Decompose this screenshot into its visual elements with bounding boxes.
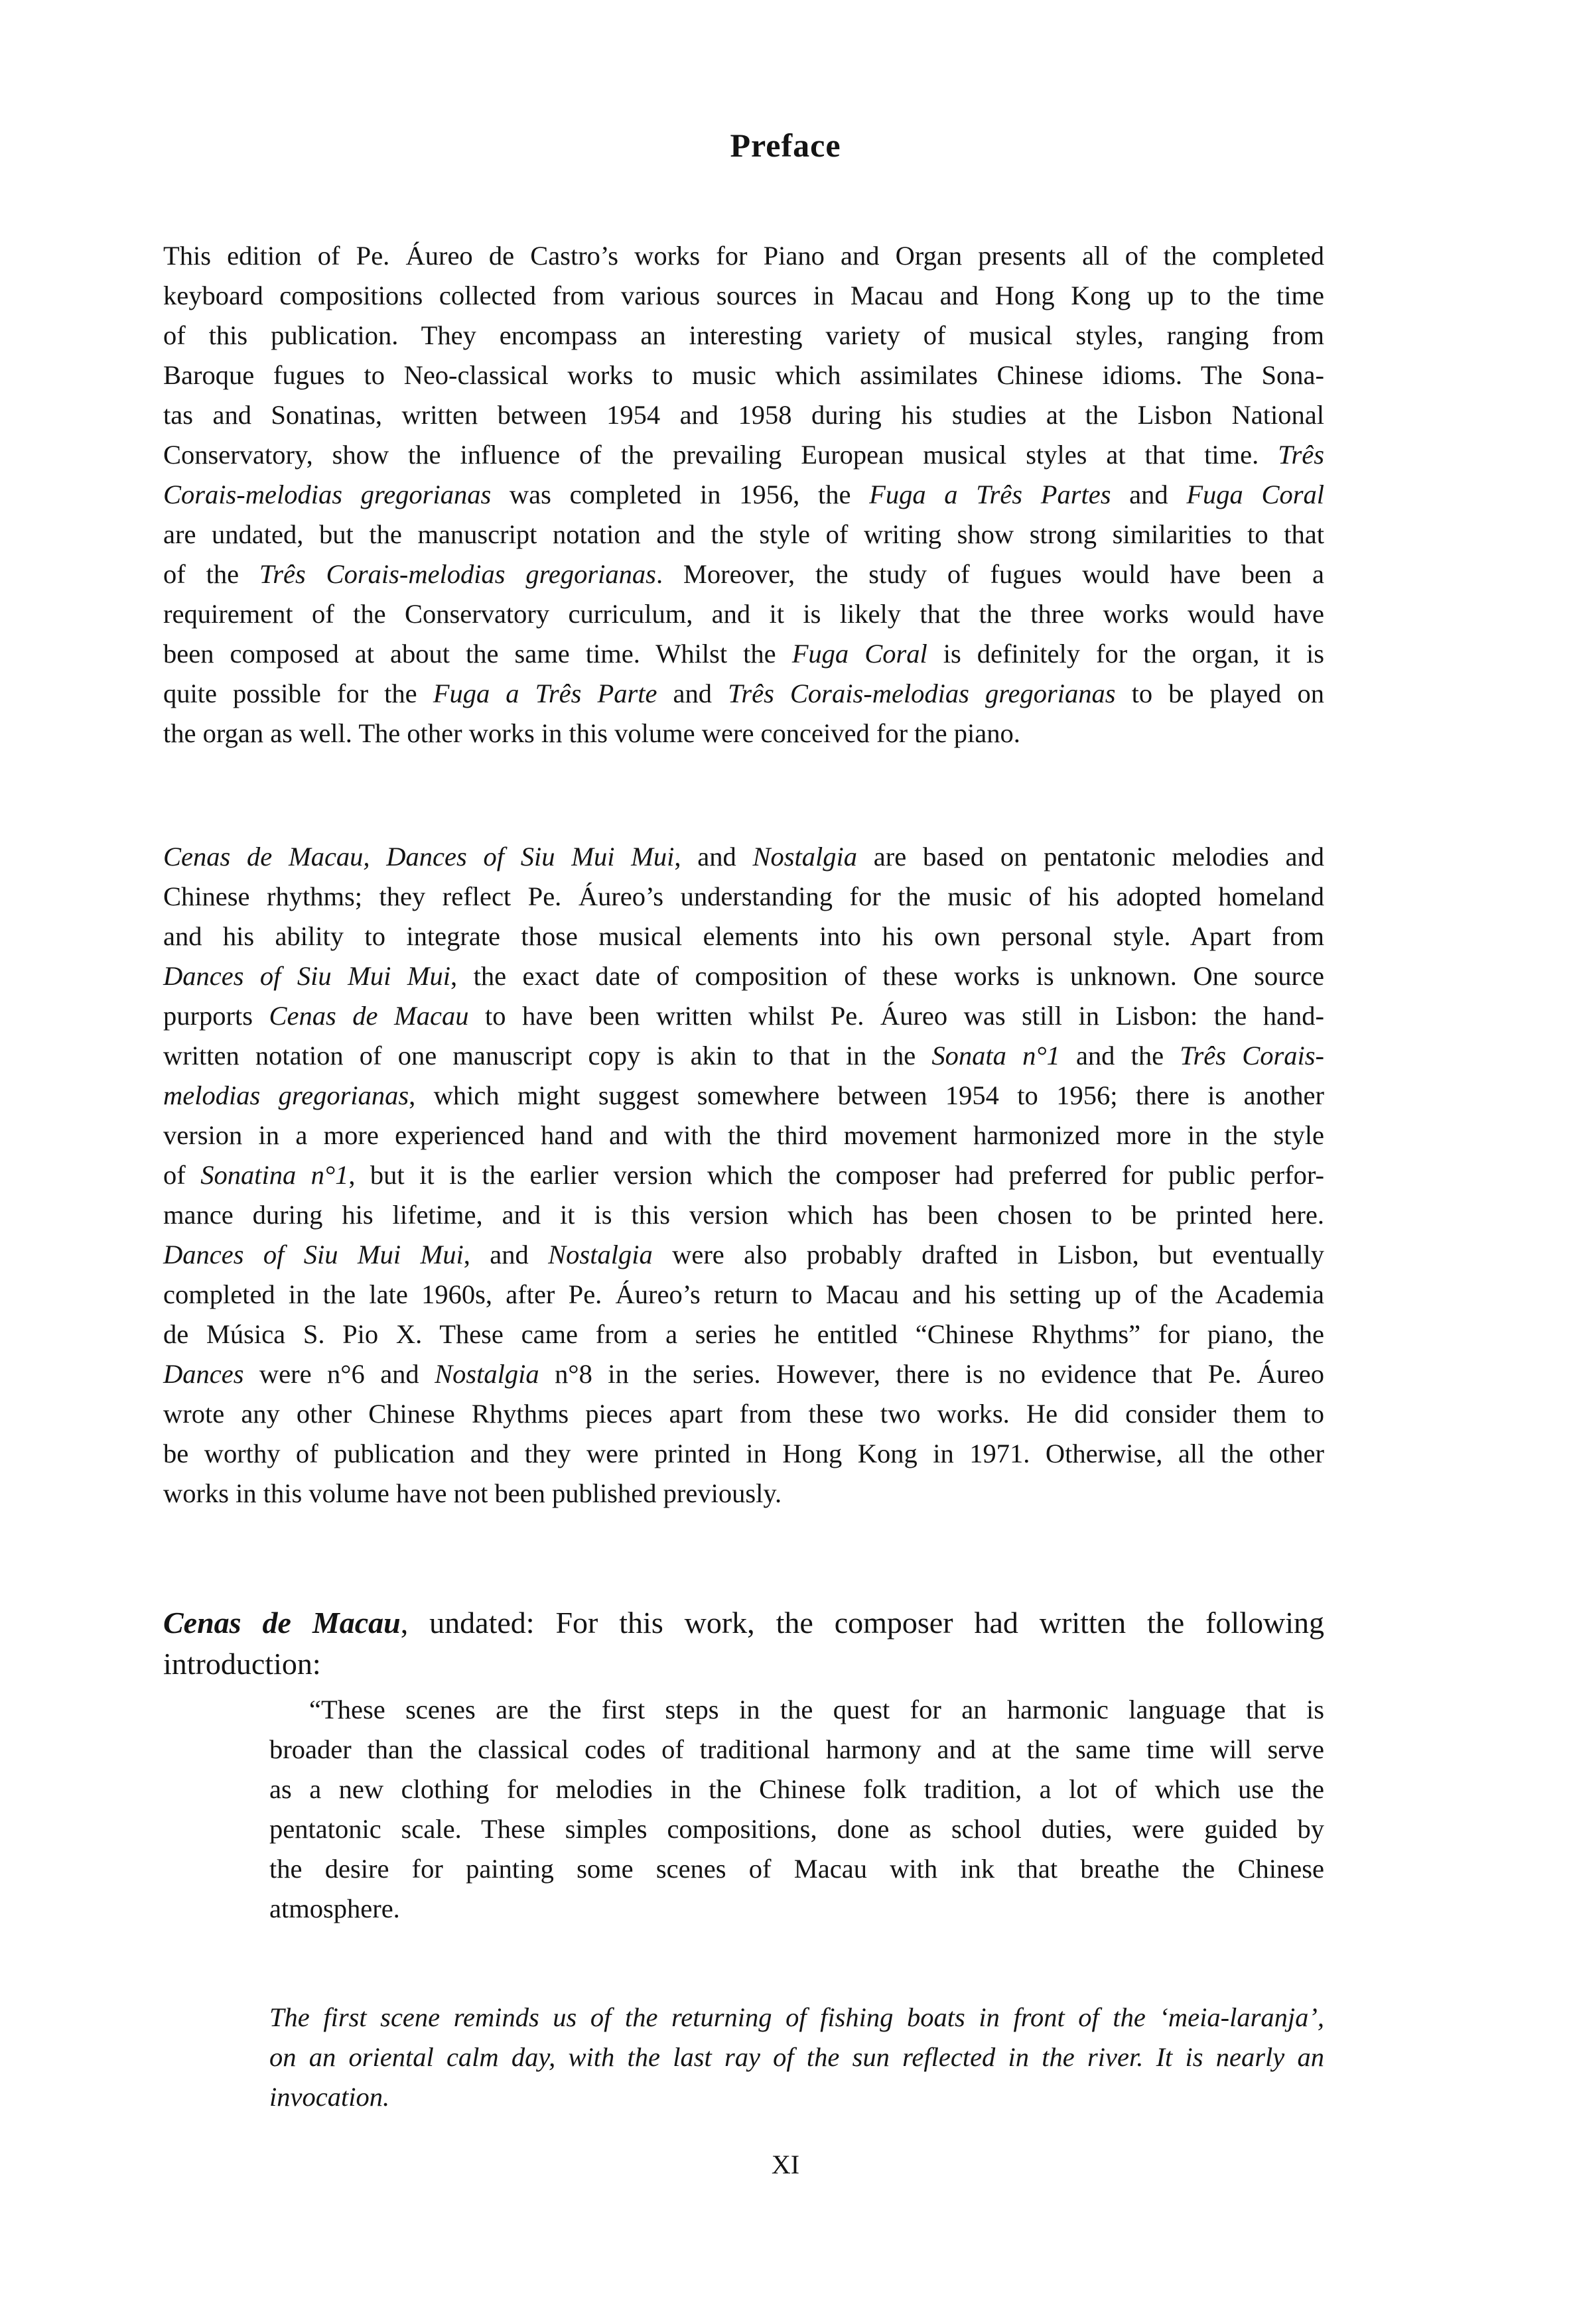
quote-line: as a new clothing for melodies in the Ch…: [269, 1770, 1324, 1809]
page-number: XI: [0, 2149, 1571, 2180]
text-line: wrote any other Chinese Rhythms pieces a…: [163, 1394, 1324, 1434]
text-segment: , and: [464, 1240, 548, 1269]
text-line: Dances were n°6 and Nostalgia n°8 in the…: [163, 1354, 1324, 1394]
text-segment: mance during his lifetime, and it is thi…: [163, 1200, 1324, 1230]
work-title: Nostalgia: [548, 1240, 653, 1269]
text-segment: , but it is the earlier version which th…: [348, 1160, 1324, 1190]
text-line: of the Três Corais-melodias gregorianas.…: [163, 554, 1324, 594]
quote-line: “These scenes are the first steps in the…: [269, 1690, 1324, 1730]
text-segment: to have been written whilst Pe. Áureo wa…: [469, 1001, 1324, 1031]
work-title: Nostalgia: [435, 1359, 539, 1389]
text-line: written notation of one manuscript copy …: [163, 1036, 1324, 1076]
text-line: Corais-melodias gregorianas was complete…: [163, 475, 1324, 515]
quote-line: on an oriental calm day, with the last r…: [269, 2037, 1324, 2077]
text-segment: of this publication. They encompass an i…: [163, 320, 1324, 350]
text-segment: wrote any other Chinese Rhythms pieces a…: [163, 1399, 1324, 1429]
text-segment: n°8 in the series. However, there is no …: [539, 1359, 1324, 1389]
text-line: completed in the late 1960s, after Pe. Á…: [163, 1275, 1324, 1315]
text-segment: be worthy of publication and they were p…: [163, 1439, 1324, 1468]
text-segment: and his ability to integrate those music…: [163, 921, 1324, 951]
text-line: tas and Sonatinas, written between 1954 …: [163, 395, 1324, 435]
text-segment: . Moreover, the study of fugues would ha…: [656, 559, 1324, 589]
text-line: quite possible for the Fuga a Três Parte…: [163, 674, 1324, 714]
page-title: Preface: [0, 126, 1571, 164]
work-title: Fuga a Três Partes: [869, 480, 1111, 509]
section-lead-line: Cenas de Macau, undated: For this work, …: [163, 1602, 1324, 1644]
work-title: Cenas de Macau, Dances of Siu Mui Mui: [163, 842, 674, 871]
work-title: Nostalgia: [753, 842, 858, 871]
section-cenas-de-macau: Cenas de Macau, undated: For this work, …: [163, 1602, 1324, 1685]
text-segment: This edition of Pe. Áureo de Castro’s wo…: [163, 241, 1324, 271]
text-line: and his ability to integrate those music…: [163, 917, 1324, 956]
work-title: Três: [1278, 440, 1324, 470]
text-line: be worthy of publication and they were p…: [163, 1434, 1324, 1474]
work-title: Dances of Siu Mui Mui: [163, 961, 450, 991]
text-segment: written notation of one manuscript copy …: [163, 1041, 931, 1070]
text-segment: to be played on: [1116, 678, 1324, 708]
text-segment: Baroque fugues to Neo-classical works to…: [163, 360, 1324, 390]
text-segment: , which might suggest somewhere between …: [409, 1080, 1324, 1110]
text-line: mance during his lifetime, and it is thi…: [163, 1195, 1324, 1235]
section-lead-title: Cenas de Macau: [163, 1606, 401, 1640]
text-segment: version in a more experienced hand and w…: [163, 1120, 1324, 1150]
text-segment: of the: [163, 559, 259, 589]
text-segment: were also probably drafted in Lisbon, bu…: [653, 1240, 1324, 1269]
text-line: been composed at about the same time. Wh…: [163, 634, 1324, 674]
text-line: Dances of Siu Mui Mui, and Nostalgia wer…: [163, 1235, 1324, 1275]
work-title: Sonata n°1: [931, 1041, 1059, 1070]
quote-line: invocation.: [269, 2077, 1324, 2117]
text-segment: of: [163, 1160, 200, 1190]
composer-quote-italic: The first scene reminds us of the return…: [269, 1998, 1324, 2117]
work-title: melodias gregorianas: [163, 1080, 409, 1110]
composer-quote: “These scenes are the first steps in the…: [269, 1690, 1324, 1929]
text-line: of this publication. They encompass an i…: [163, 316, 1324, 355]
text-line: version in a more experienced hand and w…: [163, 1116, 1324, 1155]
work-title: Dances: [163, 1359, 243, 1389]
text-line: requirement of the Conservatory curricul…: [163, 594, 1324, 634]
text-line: of Sonatina n°1, but it is the earlier v…: [163, 1155, 1324, 1195]
text-segment: were n°6 and: [243, 1359, 435, 1389]
quote-line: broader than the classical codes of trad…: [269, 1730, 1324, 1770]
text-line: melodias gregorianas, which might sugges…: [163, 1076, 1324, 1116]
text-segment: requirement of the Conservatory curricul…: [163, 599, 1324, 629]
text-line: Chinese rhythms; they reflect Pe. Áureo’…: [163, 877, 1324, 917]
quote-line: pentatonic scale. These simples composit…: [269, 1809, 1324, 1849]
text-segment: and the: [1060, 1041, 1180, 1070]
text-segment: purports: [163, 1001, 269, 1031]
work-title: Três Corais-melodias gregorianas: [259, 559, 656, 589]
text-segment: was completed in 1956, the: [491, 480, 869, 509]
text-line: are undated, but the manuscript notation…: [163, 515, 1324, 554]
text-segment: been composed at about the same time. Wh…: [163, 639, 792, 669]
work-title: Sonatina n°1: [200, 1160, 348, 1190]
text-line: the organ as well. The other works in th…: [163, 714, 1324, 753]
section-lead-text: , undated: For this work, the composer h…: [401, 1606, 1324, 1640]
text-segment: , the exact date of composition of these…: [450, 961, 1324, 991]
work-title: Fuga a Três Parte: [433, 678, 657, 708]
work-title: Dances of Siu Mui Mui: [163, 1240, 464, 1269]
text-segment: completed in the late 1960s, after Pe. Á…: [163, 1279, 1324, 1309]
quote-line: atmosphere.: [269, 1889, 1324, 1929]
text-segment: and: [1111, 480, 1186, 509]
text-line: purports Cenas de Macau to have been wri…: [163, 996, 1324, 1036]
text-line: Conservatory, show the influence of the …: [163, 435, 1324, 475]
quote-line: The first scene reminds us of the return…: [269, 1998, 1324, 2037]
text-segment: is definitely for the organ, it is: [927, 639, 1324, 669]
text-line: Cenas de Macau, Dances of Siu Mui Mui, a…: [163, 837, 1324, 877]
work-title: Corais-melodias gregorianas: [163, 480, 491, 509]
text-line: This edition of Pe. Áureo de Castro’s wo…: [163, 236, 1324, 276]
text-segment: keyboard compositions collected from var…: [163, 281, 1324, 310]
text-segment: quite possible for the: [163, 678, 433, 708]
work-title: Fuga Coral: [1186, 480, 1324, 509]
work-title: Três Corais-melodias gregorianas: [728, 678, 1115, 708]
text-segment: are undated, but the manuscript notation…: [163, 519, 1324, 549]
text-segment: and: [657, 678, 728, 708]
paragraph-chinese-works: Cenas de Macau, Dances of Siu Mui Mui, a…: [163, 837, 1324, 1514]
text-segment: tas and Sonatinas, written between 1954 …: [163, 400, 1324, 430]
paragraph-intro: This edition of Pe. Áureo de Castro’s wo…: [163, 236, 1324, 753]
document-page: Preface This edition of Pe. Áureo de Cas…: [0, 0, 1571, 2324]
text-segment: , and: [674, 842, 752, 871]
text-segment: Chinese rhythms; they reflect Pe. Áureo’…: [163, 881, 1324, 911]
text-segment: Conservatory, show the influence of the …: [163, 440, 1278, 470]
text-line: Dances of Siu Mui Mui, the exact date of…: [163, 956, 1324, 996]
text-line: de Música S. Pio X. These came from a se…: [163, 1315, 1324, 1354]
quote-line: the desire for painting some scenes of M…: [269, 1849, 1324, 1889]
text-line: works in this volume have not been publi…: [163, 1474, 1324, 1514]
work-title: Fuga Coral: [792, 639, 927, 669]
text-line: Baroque fugues to Neo-classical works to…: [163, 355, 1324, 395]
work-title: Cenas de Macau: [269, 1001, 469, 1031]
section-lead-line-2: introduction:: [163, 1644, 1324, 1685]
text-segment: de Música S. Pio X. These came from a se…: [163, 1319, 1324, 1349]
work-title: Três Corais-: [1180, 1041, 1324, 1070]
text-segment: are based on pentatonic melodies and: [857, 842, 1324, 871]
text-segment: works in this volume have not been publi…: [163, 1478, 782, 1508]
text-segment: the organ as well. The other works in th…: [163, 718, 1020, 748]
text-line: keyboard compositions collected from var…: [163, 276, 1324, 316]
